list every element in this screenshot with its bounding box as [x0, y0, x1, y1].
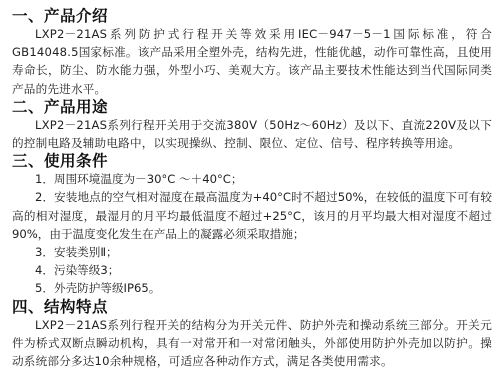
section-heading-conditions: 三、使用条件: [12, 152, 492, 170]
section-body-structure: LXP2－21AS系列行程开关的结构分为开关元件、防护外壳和操动系统三部分。开关…: [12, 316, 492, 369]
condition-item: 1．周围环境温度为－30°C ～＋40°C；: [12, 170, 492, 188]
section-heading-intro: 一、产品介绍: [12, 7, 492, 25]
section-body-intro: LXP2－21AS系列防护式行程开关等效采用IEC－947－5－1国际标准，符合…: [12, 25, 492, 98]
section-heading-usage: 二、产品用途: [12, 98, 492, 116]
section-heading-structure: 四、结构特点: [12, 298, 492, 316]
condition-item: 3．安装类别Ⅱ；: [12, 243, 492, 261]
condition-item: 2．安装地点的空气相对湿度在最高温度为+40°C时不超过50%，在较低的温度下可…: [12, 188, 492, 243]
condition-item: 5．外壳防护等级IP65。: [12, 279, 492, 297]
condition-item: 4．污染等级3；: [12, 261, 492, 279]
section-body-usage: LXP2－21AS系列行程开关用于交流380V（50Hz～60Hz）及以下、直流…: [12, 116, 492, 152]
product-document: 一、产品介绍 LXP2－21AS系列防护式行程开关等效采用IEC－947－5－1…: [12, 7, 492, 369]
